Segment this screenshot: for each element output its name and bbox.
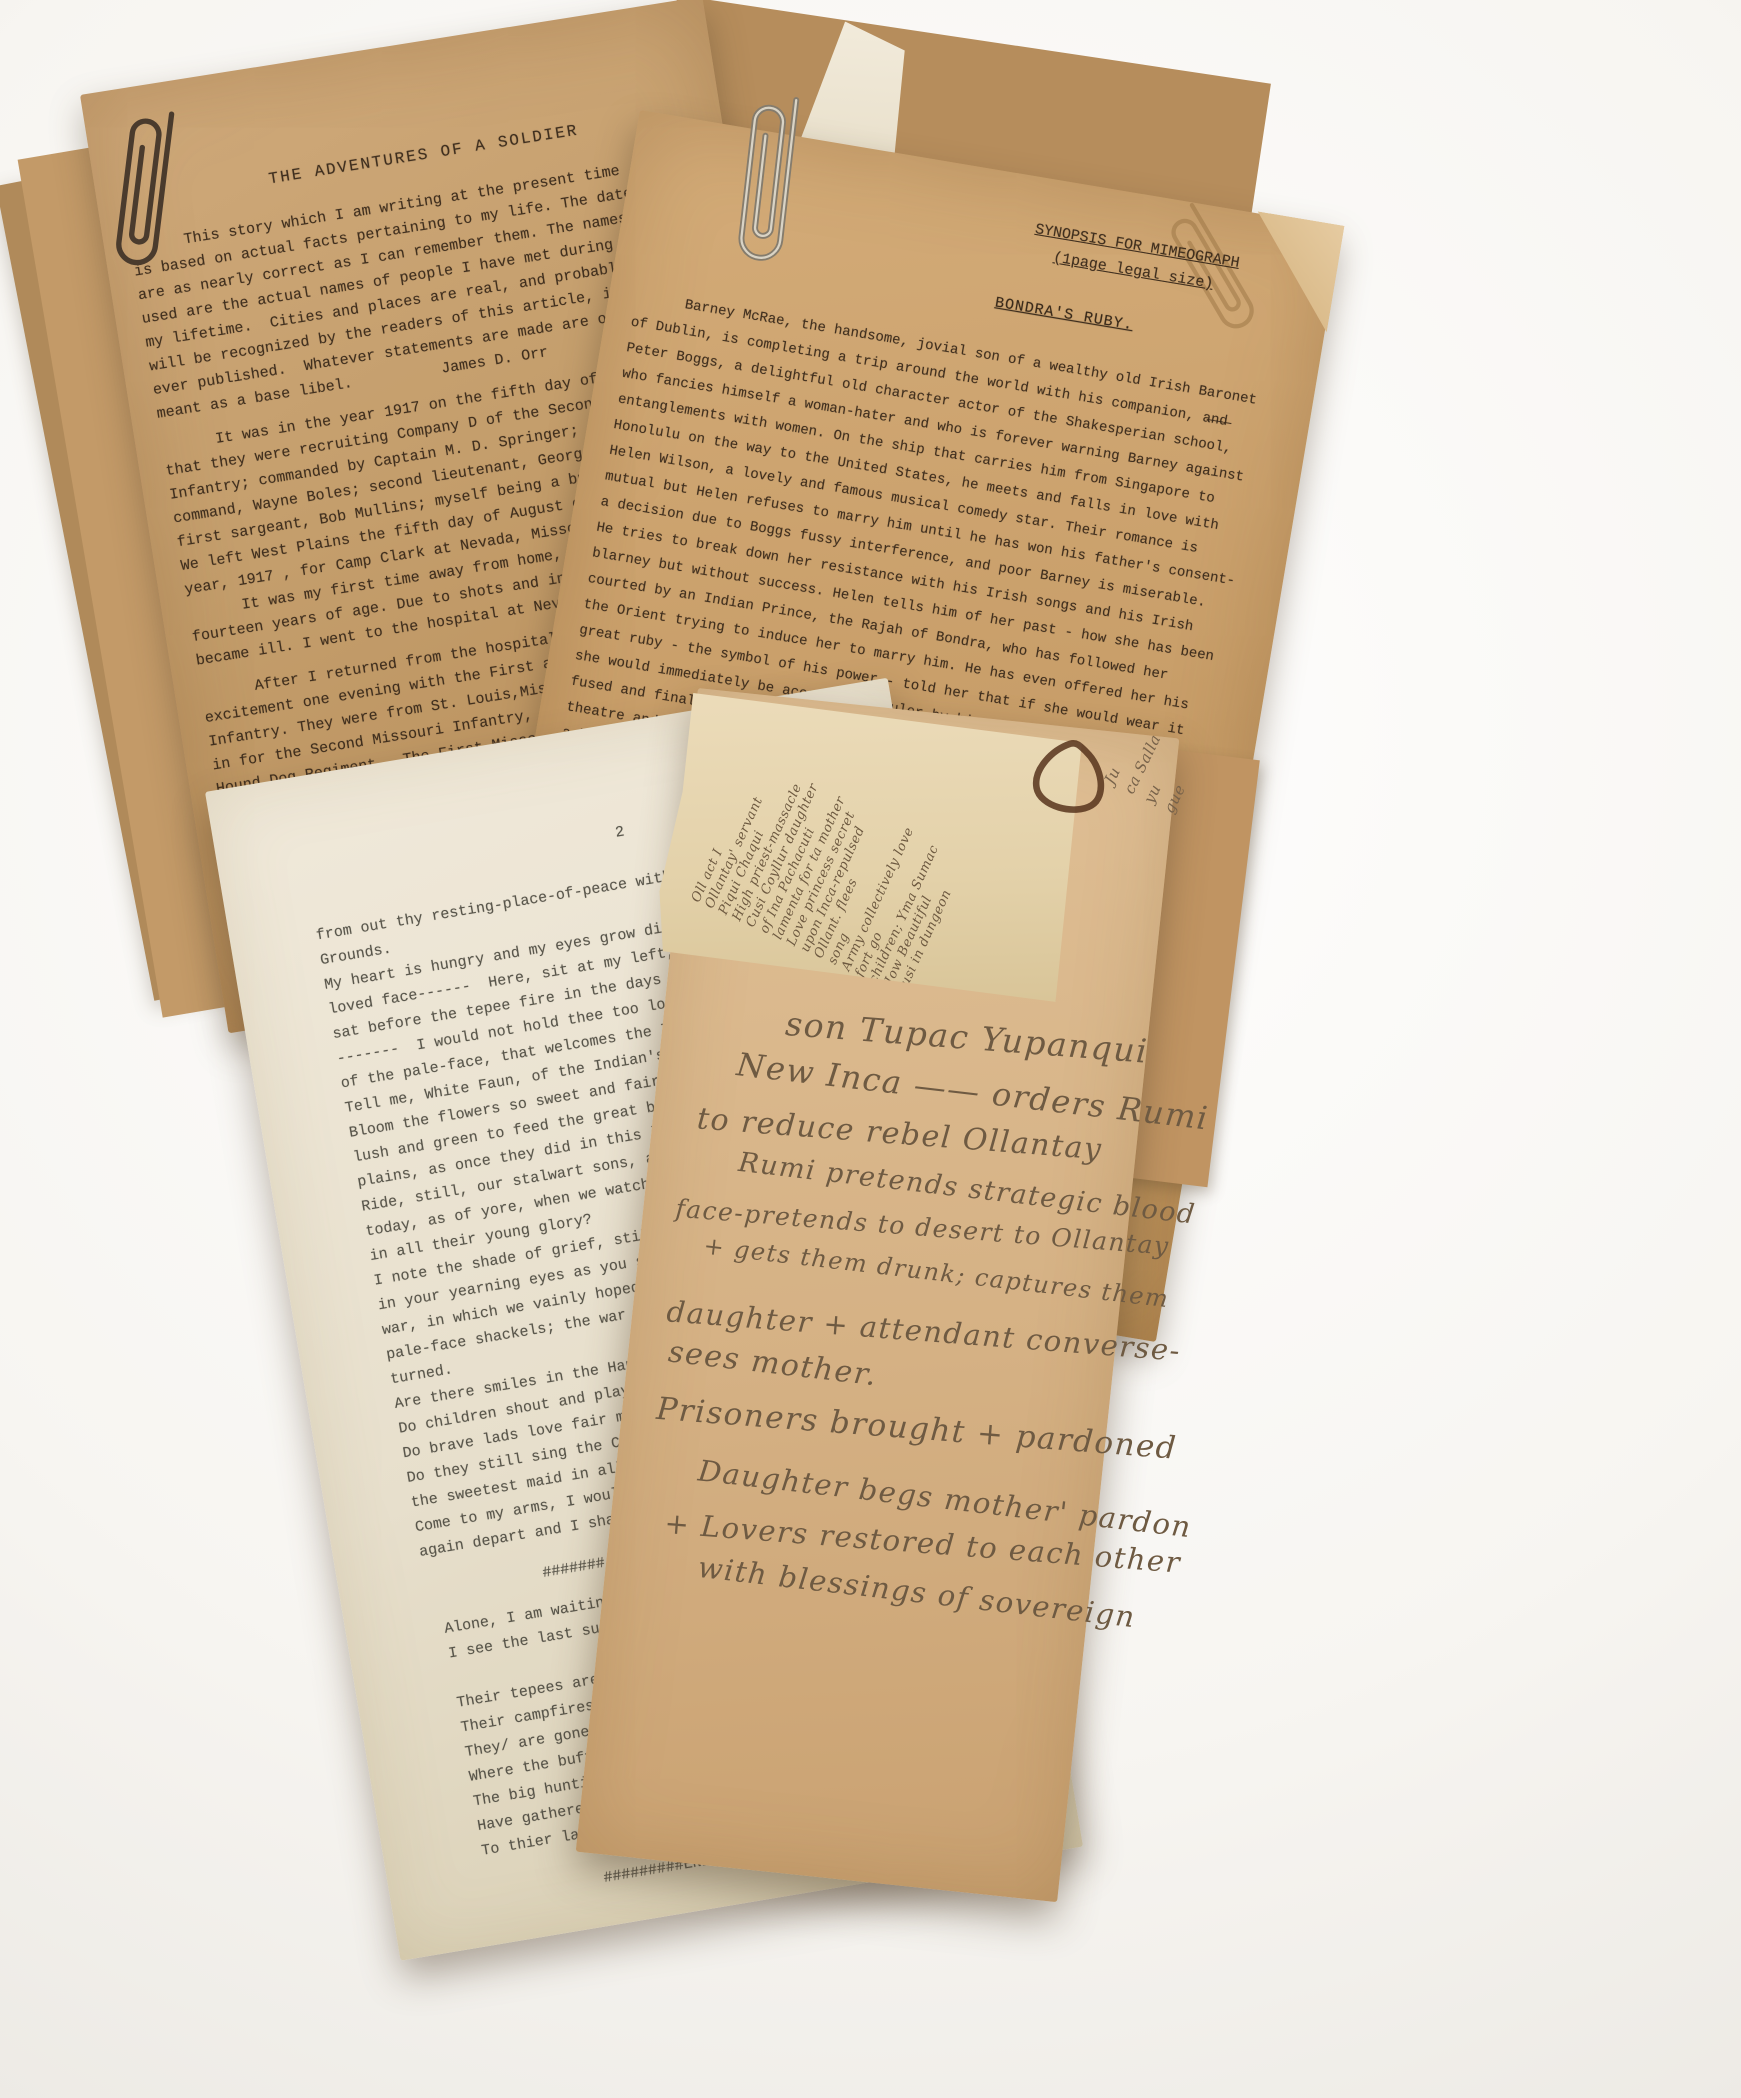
rust-ring-stain (1016, 732, 1116, 825)
plot-notes: son Tupac YupanquiNew Inca —— orders Rum… (629, 989, 1138, 1640)
page-number: 2 (613, 820, 626, 846)
synopsis-title: BONDRA'S RUBY. (993, 291, 1135, 338)
photo-of-manuscripts: THE ADVENTURES OF A SOLDIER This story w… (0, 0, 1741, 2098)
handwritten-notes-page: Juca Sallayugue Oll act IOllantay' serva… (576, 688, 1180, 1902)
cast-list-text: Oll act IOllantay' servantPiqui ChaquiHi… (689, 684, 1057, 998)
